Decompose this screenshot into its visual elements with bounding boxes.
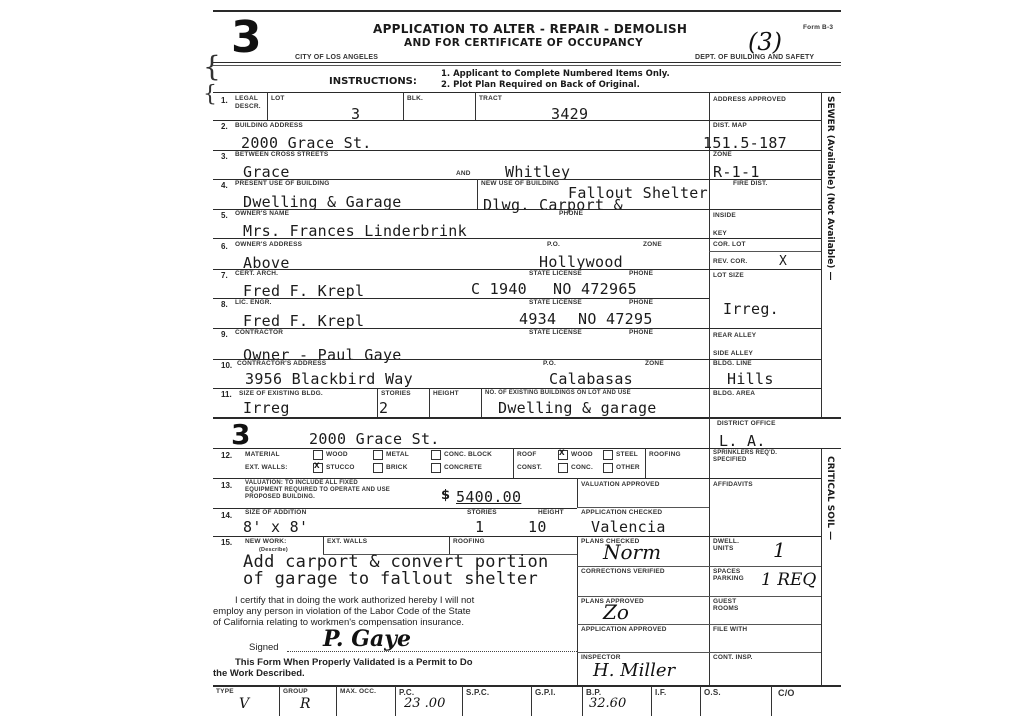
type-label: TYPE: [216, 688, 234, 695]
state-license-label: STATE LICENSE: [529, 270, 582, 277]
bp-value: 32.60: [589, 696, 626, 711]
rule: [213, 269, 821, 270]
cell-bp: B.P.32.60: [583, 686, 652, 716]
existing-buildings-label: NO. OF EXISTING BUILDINGS ON LOT AND USE: [485, 390, 631, 396]
section-address: 2000 Grace St.: [309, 430, 440, 448]
plans-checked-signature: Norm: [603, 540, 661, 564]
permit-notice-line-2: the Work Described.: [213, 668, 305, 679]
bldg-line-value: Hills: [727, 370, 774, 388]
title-line-2: AND FOR CERTIFICATE OF OCCUPANCY: [404, 37, 643, 49]
signed-label: Signed: [249, 642, 279, 653]
divider: [477, 179, 478, 209]
divider: [475, 92, 476, 120]
item-number: 5.: [221, 211, 228, 220]
zone-label: ZONE: [713, 151, 732, 158]
valuation-value: 5400.00: [456, 488, 521, 506]
option-wood: WOOD: [326, 451, 348, 458]
option-metal: METAL: [386, 451, 409, 458]
rev-cor-value: X: [779, 254, 787, 269]
lot-size-value: Irreg.: [723, 300, 779, 318]
roof-option-other: OTHER: [616, 464, 640, 471]
cont-insp-label: CONT. INSP.: [713, 654, 753, 661]
rev-cor-label: REV. COR.: [713, 258, 747, 265]
address-approved-label: ADDRESS APPROVED: [713, 96, 786, 103]
size-of-addition-label: SIZE OF ADDITION: [245, 509, 306, 516]
height-label: HEIGHT: [433, 390, 459, 397]
and-label: AND: [456, 170, 471, 177]
checkbox-roof-wood-checked[interactable]: x: [558, 450, 568, 460]
new-work-label: NEW WORK:: [245, 538, 287, 545]
fire-dist-label: FIRE DIST.: [733, 180, 768, 187]
addition-size-value: 8' x 8': [243, 518, 308, 536]
roof-label: ROOF: [517, 451, 537, 458]
building-address-label: BUILDING ADDRESS: [235, 122, 303, 129]
item-number: 9.: [221, 330, 228, 339]
lic-engr-phone: NO 47295: [578, 310, 653, 328]
instruction-2: 2. Plot Plan Required on Back of Origina…: [441, 80, 640, 90]
material-label: MATERIAL: [245, 451, 280, 458]
cross-streets-label: BETWEEN CROSS STREETS: [235, 151, 328, 158]
cor-lot-label: COR. LOT: [713, 241, 746, 248]
stories-label: STORIES: [467, 509, 497, 516]
cell-pc: P.C.23 .00: [396, 686, 463, 716]
checkbox-brick[interactable]: [373, 463, 383, 473]
application-checked-value: Valencia: [591, 518, 666, 536]
rule: [213, 417, 841, 419]
state-license-label: STATE LICENSE: [529, 329, 582, 336]
checkbox-concrete[interactable]: [431, 463, 441, 473]
valuation-label: VALUATION: TO INCLUDE ALL FIXED EQUIPMEN…: [245, 480, 395, 501]
title-line-1: APPLICATION TO ALTER - REPAIR - DEMOLISH: [373, 22, 687, 36]
item-number: 10.: [221, 361, 232, 370]
divider: [429, 388, 430, 417]
bldg-line-label: BLDG. LINE: [713, 360, 752, 367]
cell-max-occ: MAX. OCC.: [337, 686, 396, 716]
side-column-divider: [821, 448, 822, 685]
stories-label: STORIES: [381, 390, 411, 397]
rule: [213, 536, 821, 537]
bldg-area-label: BLDG. AREA: [713, 390, 755, 397]
existing-bldg-value: Irreg: [243, 399, 290, 417]
inside-label: INSIDE: [713, 212, 736, 219]
rule: [213, 65, 841, 66]
plans-approved-signature: Zo: [603, 600, 629, 624]
divider: [513, 448, 514, 478]
cell-spc: S.P.C.: [463, 686, 532, 716]
checkbox-roof-other[interactable]: [603, 463, 613, 473]
option-conc-block: CONC. BLOCK: [444, 451, 492, 458]
item-number: 7.: [221, 271, 228, 280]
checkbox-wood[interactable]: [313, 450, 323, 460]
type-value: V: [239, 696, 249, 712]
divider: [577, 536, 578, 685]
option-brick: BRICK: [386, 464, 408, 471]
height-label: HEIGHT: [538, 509, 564, 516]
key-label: KEY: [713, 230, 727, 237]
divider: [403, 92, 404, 120]
owner-address-label: OWNER'S ADDRESS: [235, 241, 302, 248]
spc-label: S.P.C.: [466, 688, 489, 697]
owner-phone-label: PHONE: [559, 210, 583, 217]
item-number: 1.: [221, 96, 228, 105]
item-number: 12.: [221, 451, 232, 460]
cell-co: C/O: [772, 686, 841, 716]
application-checked-label: APPLICATION CHECKED: [581, 509, 662, 516]
rule: [213, 388, 821, 389]
divider: [267, 92, 268, 120]
const-label: CONST.: [517, 464, 542, 471]
addition-height-value: 10: [528, 518, 547, 536]
form-number-big: 3: [231, 16, 262, 60]
roof-option-steel: STEEL: [616, 451, 638, 458]
roof-option-wood: WOOD: [571, 451, 593, 458]
handwritten-mark: (3): [748, 28, 782, 56]
rule: [213, 238, 821, 239]
divider: [377, 388, 378, 417]
cell-type: TYPEV: [213, 686, 280, 716]
corrections-verified-label: CORRECTIONS VERIFIED: [581, 568, 665, 575]
rule: [577, 652, 821, 653]
item-number: 8.: [221, 300, 228, 309]
rule: [213, 478, 821, 479]
rule: [213, 448, 841, 449]
section-big-number: 3: [231, 420, 250, 450]
top-rule: [213, 10, 841, 12]
item-number: 15.: [221, 538, 232, 547]
divider: [645, 448, 646, 478]
currency-symbol: $: [441, 488, 450, 503]
state-license-label: STATE LICENSE: [529, 299, 582, 306]
if-label: I.F.: [655, 688, 666, 697]
co-label: C/O: [778, 688, 795, 698]
zone-label: ZONE: [645, 360, 664, 367]
group-value: R: [300, 696, 311, 712]
parking-spaces-value: 1 REQ: [761, 570, 816, 590]
parking-spaces-label: SPACES PARKING: [713, 568, 753, 582]
contractor-po-value: Calabasas: [549, 370, 633, 388]
rule: [577, 624, 821, 625]
item-number: 6.: [221, 242, 228, 251]
item-number: 3.: [221, 152, 228, 161]
cell-if: I.F.: [652, 686, 701, 716]
gpi-label: G.P.I.: [535, 688, 556, 697]
new-work-description-line-2: of garage to fallout shelter: [243, 569, 538, 589]
phone-label: PHONE: [629, 299, 653, 306]
margin-brace-mark: {: [203, 50, 221, 83]
valuation-approved-label: VALUATION APPROVED: [581, 481, 660, 488]
legal-descr-label: LEGAL DESCR.: [235, 95, 261, 111]
checkbox-stucco-checked[interactable]: x: [313, 463, 323, 473]
new-use-value-2: Fallout Shelter: [568, 184, 708, 202]
checkbox-roof-steel[interactable]: [603, 450, 613, 460]
checkbox-conc-block[interactable]: [431, 450, 441, 460]
margin-brace-mark: {: [203, 82, 217, 107]
guest-rooms-label: GUEST ROOMS: [713, 598, 753, 612]
lic-engr-license: 4934: [519, 310, 556, 328]
item-number: 2.: [221, 122, 228, 131]
sprinklers-label: SPRINKLERS REQ'D. SPECIFIED: [713, 450, 793, 464]
contractor-label: CONTRACTOR: [235, 329, 283, 336]
form-id: Form B-3: [803, 24, 833, 31]
cert-arch-label: CERT. ARCH.: [235, 270, 278, 277]
divider: [481, 388, 482, 417]
roofing-label: ROOFING: [453, 538, 485, 545]
checkbox-metal[interactable]: [373, 450, 383, 460]
side-column-divider: [821, 92, 822, 417]
rule: [213, 92, 841, 93]
rule: [213, 328, 821, 329]
new-use-label: NEW USE OF BUILDING: [481, 180, 559, 187]
cell-gpi: G.P.I.: [532, 686, 583, 716]
addition-stories-value: 1: [475, 518, 484, 536]
rule: [213, 120, 821, 121]
instructions-label: INSTRUCTIONS:: [329, 76, 417, 87]
contractor-address-value: 3956 Blackbird Way: [245, 370, 413, 388]
blk-label: BLK.: [407, 95, 423, 102]
max-occ-label: MAX. OCC.: [340, 688, 376, 695]
rule: [577, 507, 709, 508]
divider: [577, 478, 578, 508]
rule: [577, 566, 821, 567]
item-number: 11.: [221, 390, 232, 399]
item-number: 13.: [221, 481, 232, 490]
rule: [577, 596, 821, 597]
certification-line-2: employ any person in violation of the La…: [213, 606, 471, 617]
present-use-label: PRESENT USE OF BUILDING: [235, 180, 330, 187]
pc-value: 23 .00: [404, 696, 445, 711]
critical-soil-side-label: CRITICAL SOIL —: [825, 456, 835, 540]
inspector-signature: H. Miller: [593, 660, 675, 681]
owner-name-label: OWNER'S NAME: [235, 210, 289, 217]
applicant-signature: P. Gaye: [323, 626, 411, 652]
roofing-label: ROOFING: [649, 451, 681, 458]
lot-label: LOT: [271, 95, 285, 102]
affidavits-label: AFFIDAVITS: [713, 481, 753, 488]
ext-walls-label: EXT. WALLS:: [245, 464, 288, 471]
existing-bldg-label: SIZE OF EXISTING BLDG.: [239, 390, 323, 397]
rule: [213, 62, 841, 63]
zone-label: ZONE: [643, 241, 662, 248]
fee-codes-row: TYPEV GROUPR MAX. OCC. P.C.23 .00 S.P.C.…: [213, 686, 841, 716]
item-number: 4.: [221, 181, 228, 190]
cert-arch-phone: NO 472965: [553, 280, 637, 298]
city-label: CITY OF LOS ANGELES: [295, 54, 378, 61]
dwell-units-label: DWELL. UNITS: [713, 538, 753, 552]
group-label: GROUP: [283, 688, 308, 695]
dist-map-label: DIST. MAP: [713, 122, 747, 129]
right-column-divider: [709, 417, 710, 685]
side-alley-label: SIDE ALLEY: [713, 350, 753, 357]
dwell-units-value: 1: [773, 538, 786, 562]
rear-alley-label: REAR ALLEY: [713, 332, 756, 339]
contractor-address-label: CONTRACTOR'S ADDRESS: [237, 360, 326, 367]
item-number: 14.: [221, 511, 232, 520]
po-label: P.O.: [543, 360, 556, 367]
file-with-label: FILE WITH: [713, 626, 747, 633]
existing-buildings-value: Dwelling & garage: [498, 399, 657, 417]
rule: [213, 209, 821, 210]
tract-label: TRACT: [479, 95, 502, 102]
district-office-label: DISTRICT OFFICE: [717, 420, 776, 427]
roof-option-conc: CONC.: [571, 464, 593, 471]
sewer-side-label: SEWER (Available) (Not Available) —: [825, 96, 835, 281]
option-concrete: CONCRETE: [444, 464, 482, 471]
checkbox-roof-conc[interactable]: [558, 463, 568, 473]
ext-walls-label: EXT. WALLS: [327, 538, 367, 545]
os-label: O.S.: [704, 688, 721, 697]
permit-notice-line-1: This Form When Properly Validated is a P…: [235, 657, 473, 668]
cert-arch-license: C 1940: [471, 280, 527, 298]
application-approved-label: APPLICATION APPROVED: [581, 626, 667, 633]
instruction-1: 1. Applicant to Complete Numbered Items …: [441, 69, 670, 79]
phone-label: PHONE: [629, 329, 653, 336]
cell-group: GROUPR: [280, 686, 337, 716]
lot-size-label: LOT SIZE: [713, 272, 744, 279]
permit-application-document: 3 APPLICATION TO ALTER - REPAIR - DEMOLI…: [213, 10, 841, 716]
existing-stories-value: 2: [379, 399, 388, 417]
certification-line-1: I certify that in doing the work authori…: [235, 595, 474, 606]
lic-engr-label: LIC. ENGR.: [235, 299, 272, 306]
cell-os: O.S.: [701, 686, 772, 716]
rule: [709, 251, 821, 252]
phone-label: PHONE: [629, 270, 653, 277]
po-label: P.O.: [547, 241, 560, 248]
option-stucco: STUCCO: [326, 464, 355, 471]
